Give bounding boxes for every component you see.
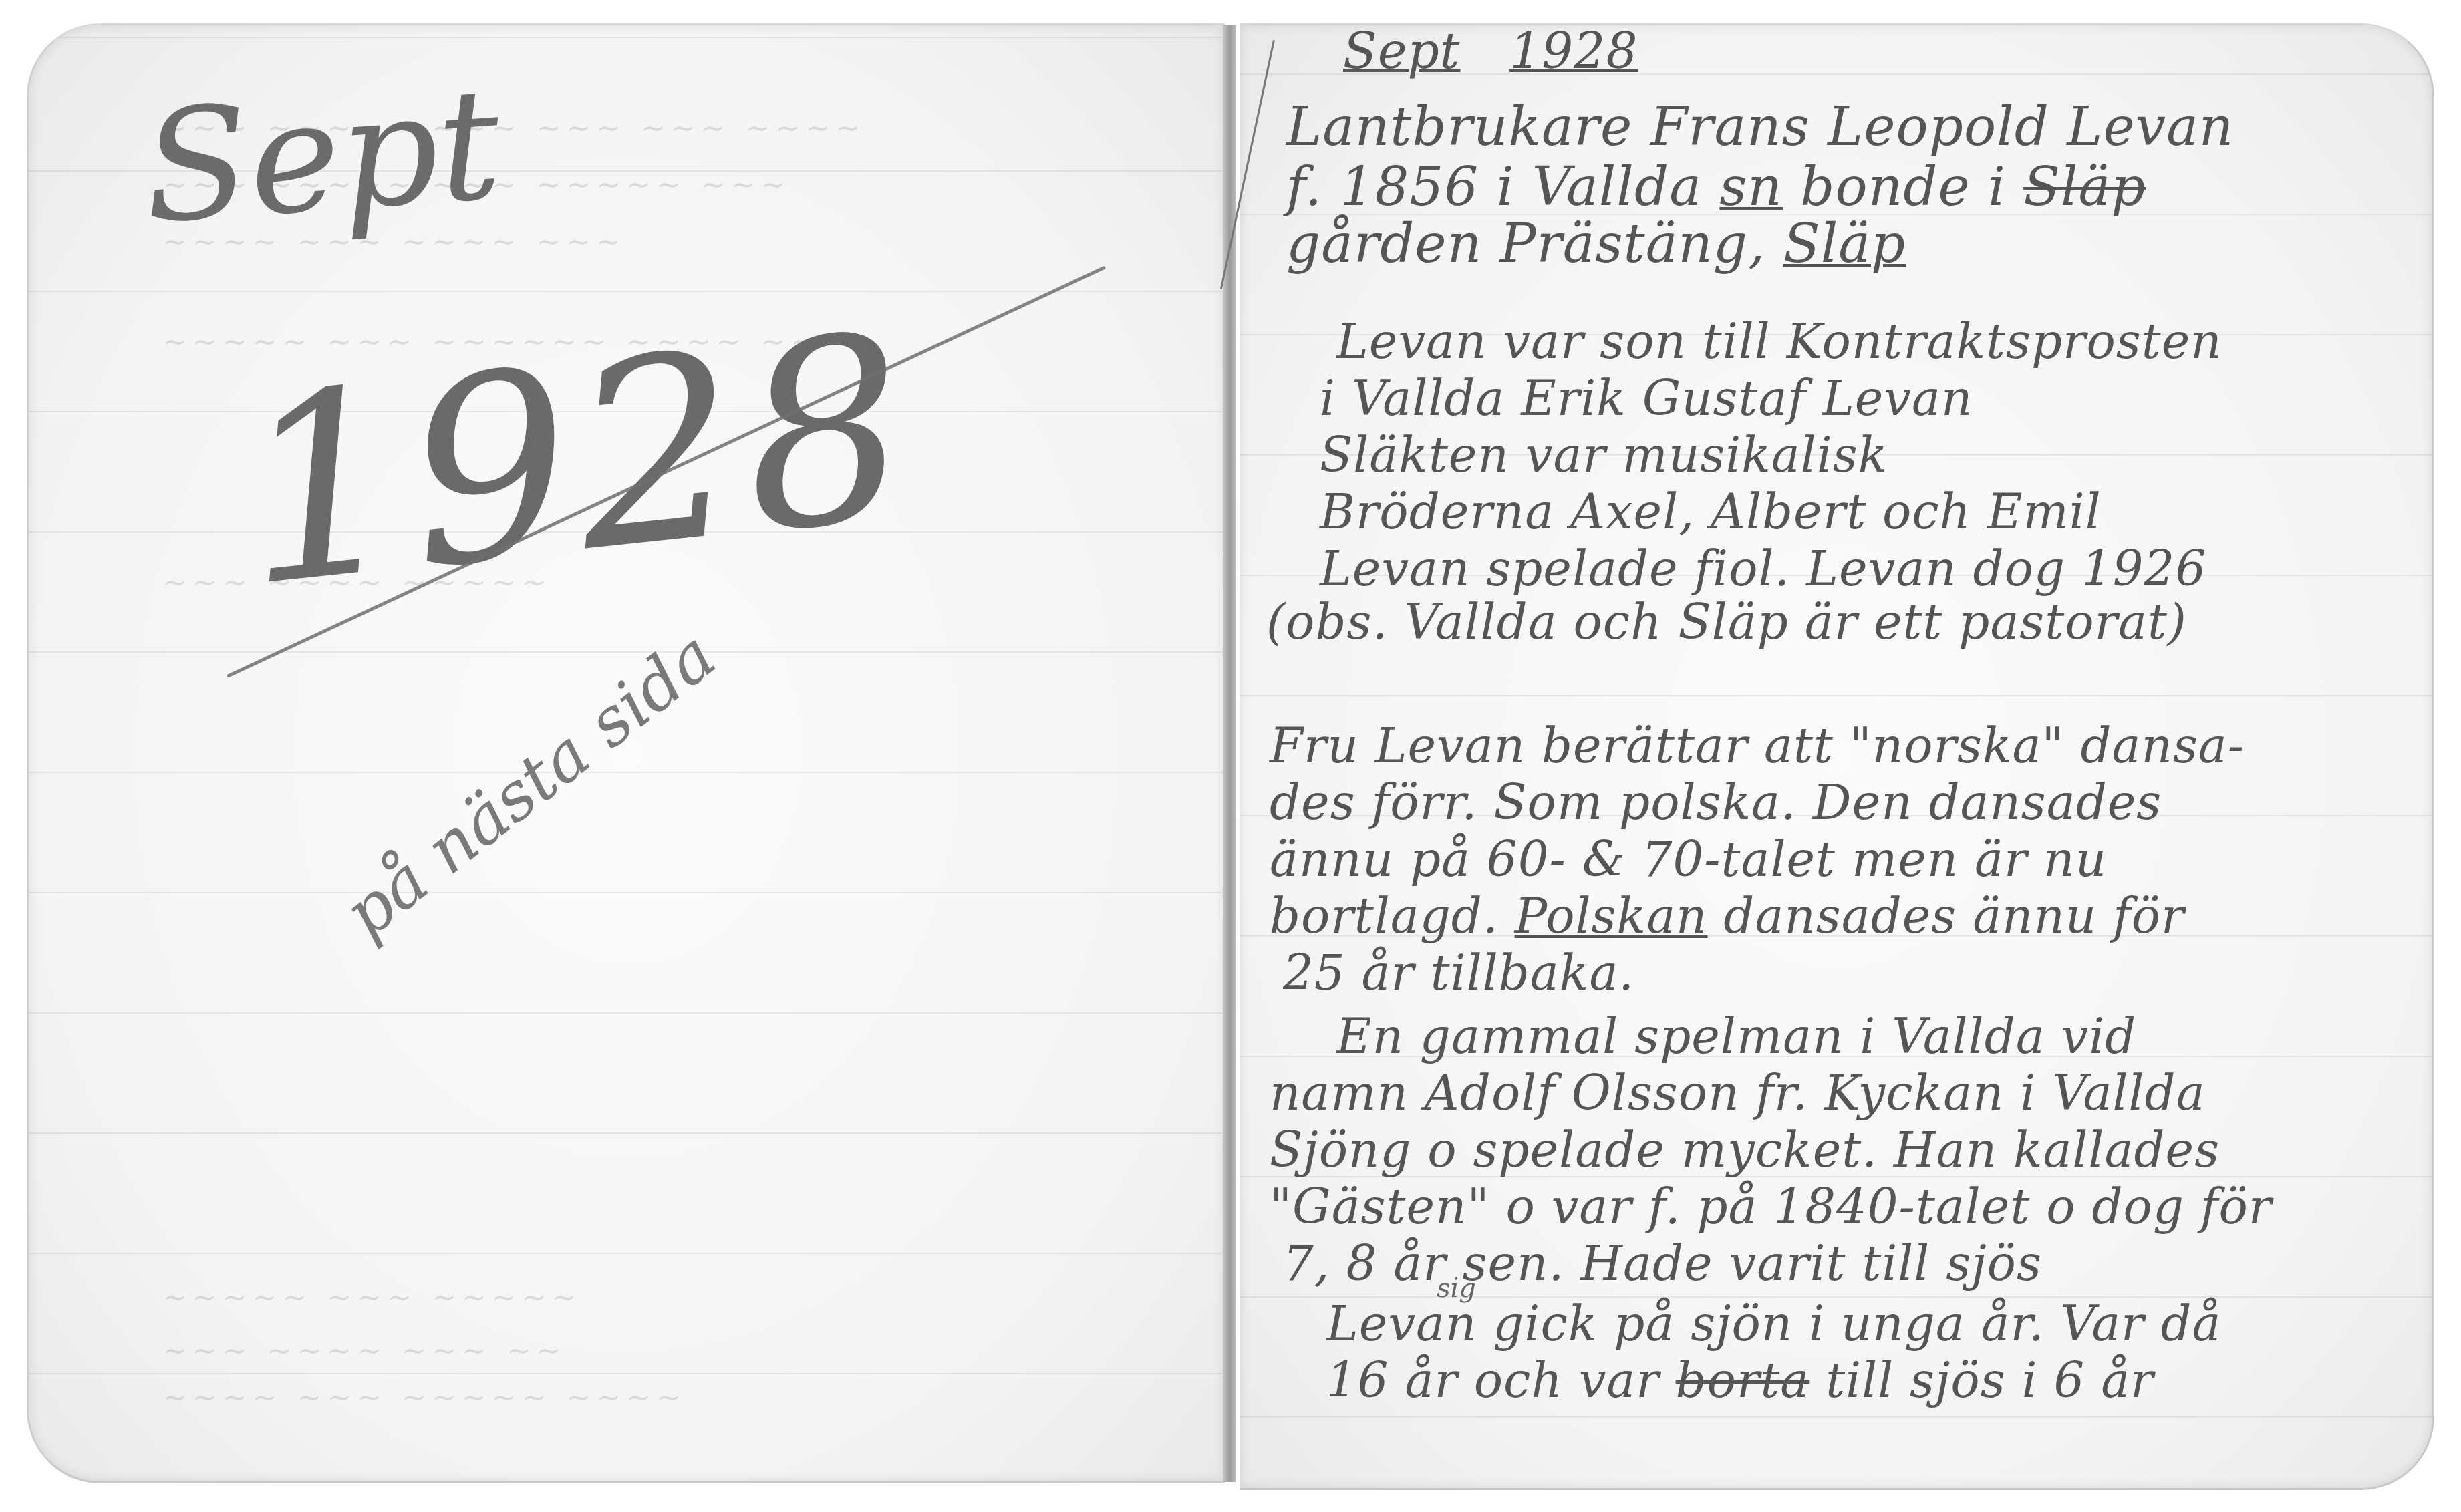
text-line: des förr. Som polska. Den dansades (1270, 778, 2162, 826)
bleed-through-text: ~~~~~ ~~~ ~~~~~ (162, 1281, 581, 1315)
text-line: 25 år tillbaka. (1283, 949, 1634, 997)
entry-date: Sept 1928 (1343, 27, 1638, 76)
text-line: (obs. Vallda och Släp är ett pastorat) (1266, 598, 2187, 646)
entry-month: Sept (1343, 23, 1461, 80)
text-fragment: bonde i (1783, 156, 2023, 218)
text-line: Sjöng o spelade mycket. Han kallades (1270, 1126, 2220, 1174)
text-line: "Gästen" o var f. på 1840-talet o dog fö… (1270, 1183, 2272, 1231)
text-line: Bröderna Axel, Albert och Emil (1320, 488, 2102, 536)
text-line: bortlagd. Polskan dansades ännu för (1270, 892, 2185, 940)
text-fragment: f. 1856 i Vallda (1286, 156, 1719, 218)
entry-year: 1928 (1509, 23, 1638, 80)
text-line: gården Prästäng, Släp (1286, 217, 1906, 271)
text-line: En gammal spelman i Vallda vid (1336, 1012, 2136, 1060)
underlined-word: sn (1719, 156, 1783, 218)
text-line: 7, 8 år sen. Hade varit till sjös (1283, 1239, 2042, 1288)
text-line: ännu på 60- & 70-talet men är nu (1270, 835, 2107, 883)
text-fragment: bortlagd. (1270, 888, 1515, 944)
left-heading-month: Sept (139, 68, 505, 247)
text-fragment: gården Prästäng, (1286, 212, 1783, 275)
struck-word: borta (1676, 1352, 1810, 1408)
text-fragment: dansades ännu för (1707, 888, 2184, 944)
text-line: Levan spelade fiol. Levan dog 1926 (1320, 545, 2206, 593)
bleed-through-text: ~~~~ ~~~ ~~~~~ ~~~~ (162, 1381, 686, 1415)
left-heading-year: 1928 (229, 299, 925, 622)
text-line: Fru Levan berättar att "norska" dansa- (1270, 722, 2245, 770)
text-fragment: 16 år och var (1326, 1352, 1676, 1408)
text-line: 16 år och var borta till sjös i 6 år (1326, 1356, 2154, 1404)
struck-word: Släp (2023, 156, 2146, 218)
text-line: Levan gick på sjön i unga år. Var då (1326, 1300, 2221, 1348)
text-line: Lantbrukare Frans Leopold Levan (1286, 100, 2234, 154)
text-line: Levan var son till Kontraktsprosten (1336, 317, 2222, 365)
text-fragment: till sjös i 6 år (1809, 1352, 2154, 1408)
underlined-word: Släp (1783, 212, 1906, 275)
text-line: namn Adolf Olsson fr. Kyckan i Vallda (1270, 1069, 2206, 1117)
text-line: Släkten var musikalisk (1320, 431, 1888, 479)
underlined-word: Polskan (1515, 888, 1708, 944)
text-line: f. 1856 i Vallda sn bonde i Släp (1286, 160, 2146, 214)
bleed-through-text: ~~~ ~~~~ ~~~ ~~ (162, 1334, 566, 1368)
text-line: i Vallda Erik Gustaf Levan (1320, 374, 1973, 422)
